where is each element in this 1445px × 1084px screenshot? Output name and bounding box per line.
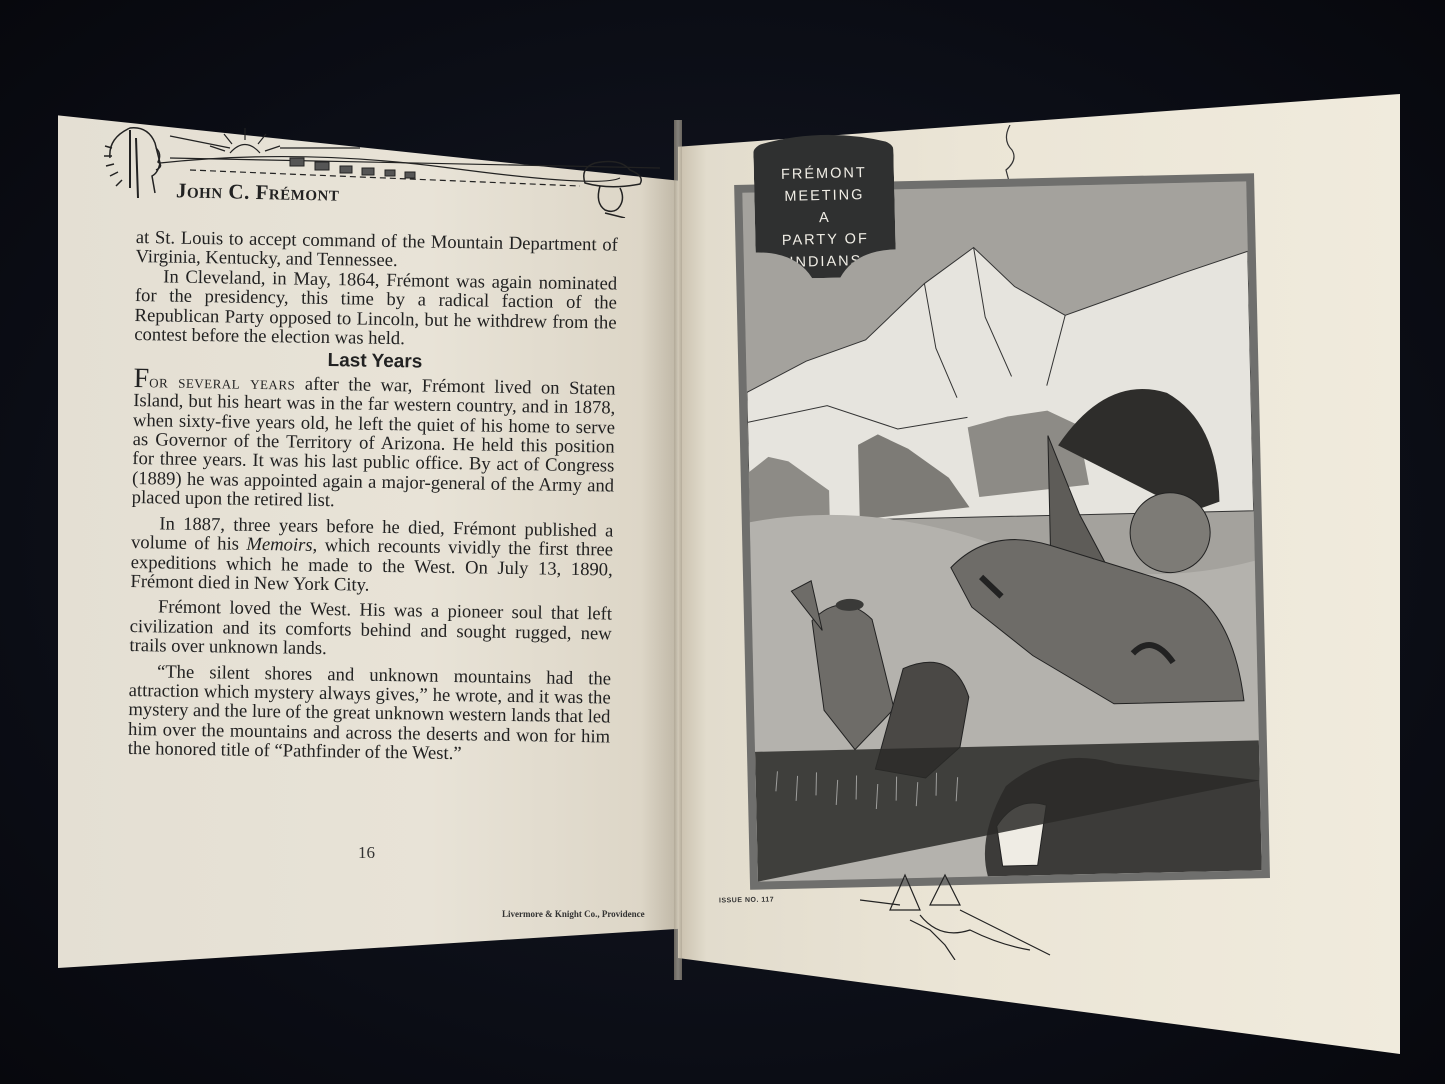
illustration-scene bbox=[742, 181, 1262, 881]
plaque-line: FRÉMONT bbox=[754, 161, 894, 186]
frontiersman-hat-icon bbox=[584, 162, 642, 218]
mountain-scene-icon bbox=[742, 181, 1262, 881]
paragraph: Frémont loved the West. His was a pionee… bbox=[129, 597, 612, 663]
printer-credit: Livermore & Knight Co., Providence bbox=[502, 909, 645, 919]
paragraph: “The silent shores and unknown mountains… bbox=[128, 661, 611, 766]
illustration-frame bbox=[734, 173, 1270, 890]
plaque-line: A bbox=[755, 205, 895, 230]
page-number: 16 bbox=[358, 843, 375, 863]
paragraph-text: after the war, Frémont lived on Staten I… bbox=[132, 374, 616, 512]
running-head: John C. Frémont bbox=[176, 178, 340, 206]
plaque-line: MEETING bbox=[754, 183, 894, 208]
native-chief-headdress-icon bbox=[104, 128, 161, 198]
body-text: at St. Louis to accept command of the Mo… bbox=[128, 228, 618, 766]
teepee-camp-icon bbox=[860, 870, 1060, 960]
plaque-line: PARTY OF bbox=[755, 227, 895, 252]
paragraph: In 1887, three years before he died, Fré… bbox=[130, 514, 613, 599]
illustration-panel: FRÉMONT MEETING A PARTY OF INDIANS bbox=[733, 123, 1272, 895]
booklet-gutter bbox=[674, 120, 682, 980]
issue-label: ISSUE NO. 117 bbox=[719, 897, 774, 905]
paragraph: For several years after the war, Frémont… bbox=[132, 370, 616, 515]
paragraph: In Cleveland, in May, 1864, Frémont was … bbox=[134, 267, 617, 352]
